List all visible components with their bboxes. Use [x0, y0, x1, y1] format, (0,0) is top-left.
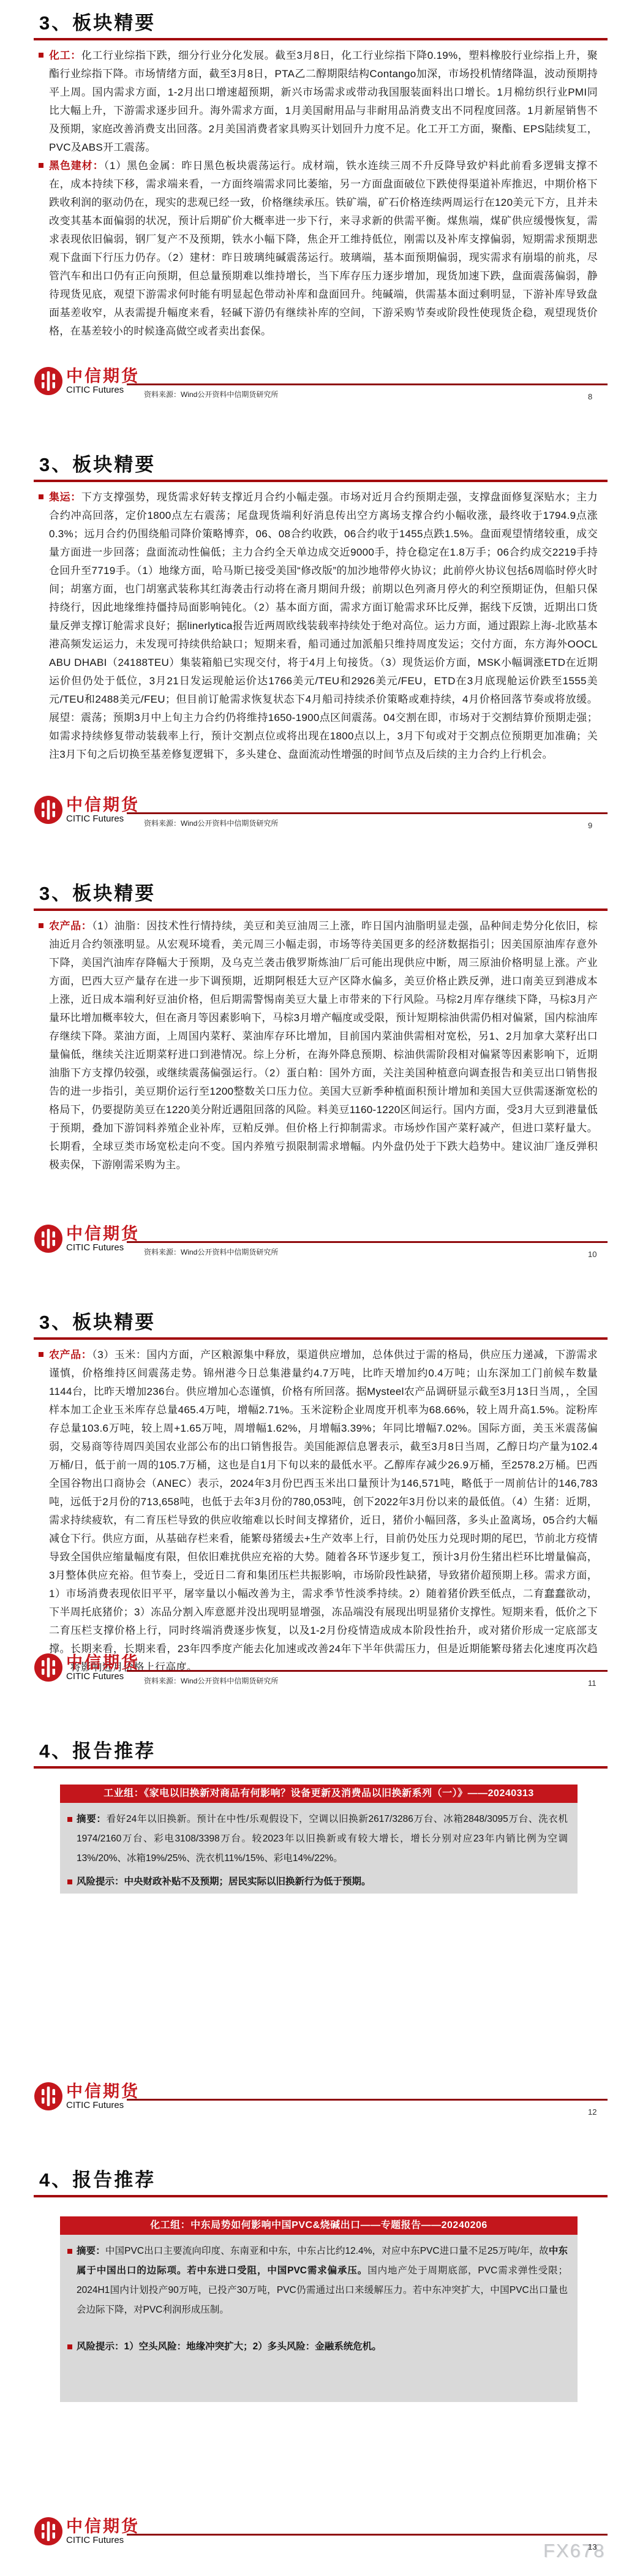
footer-source: 资料来源：Wind公开资料中信期货研究所: [144, 1247, 278, 1257]
bullet-square-icon: [67, 2344, 72, 2349]
bullet-text: （1）黑色金属：昨日黑色板块震荡运行。成材端，铁水连续三周不升反降导致炉料此前看…: [49, 160, 598, 337]
report-document: { "logo": { "cn": "中信期货", "en": "CITIC F…: [0, 0, 621, 2576]
report-summary: 摘要：看好24年以旧换新。预计在中性/乐观假设下，空调以旧换新2617/3286…: [77, 1810, 568, 1868]
bullet-square-icon: [67, 2249, 72, 2254]
logo-en: CITIC Futures: [66, 1242, 124, 1253]
logo-en: CITIC Futures: [66, 385, 124, 395]
footer-source: 资料来源：Wind公开资料中信期货研究所: [144, 389, 278, 399]
page-number: 9: [588, 821, 592, 830]
page-footer: 中信期货 CITIC Futures 12: [34, 2082, 608, 2121]
page-title: 4、报告推荐: [39, 2164, 156, 2192]
logo-en: CITIC Futures: [66, 814, 124, 824]
footer-source: 资料来源：Wind公开资料中信期货研究所: [144, 818, 278, 828]
bullet-square-icon: [39, 53, 43, 58]
citic-logo-icon: [34, 2082, 63, 2111]
bullet-label: 农产品：: [49, 1349, 92, 1361]
logo-en: CITIC Futures: [66, 2535, 124, 2545]
page-title: 4、报告推荐: [39, 1736, 156, 1763]
report-risk: 风险提示：中央财政补贴不及预期；居民实际以旧换新行为低于预期。: [77, 1872, 568, 1892]
title-rule: [34, 1337, 608, 1340]
bullet-label: 农产品：: [49, 920, 92, 932]
citic-logo-icon: [34, 366, 63, 396]
footer-rule: [127, 2534, 608, 2536]
bullet-paragraph-chemicals: 化工：化工行业综指下跌，细分行业分化发展。截至3月8日，化工行业综指下降0.19…: [49, 47, 598, 157]
report-banner: 化工组：中东局势如何影响中国PVC&烧碱出口——专题报告——20240206: [60, 2216, 578, 2235]
page-title: 3、板块精要: [39, 449, 156, 477]
report-banner: 工业组：《家电以旧换新对商品有何影响？设备更新及消费品以旧换新系列（一）》——2…: [60, 1785, 578, 1803]
report-risk: 风险提示：1）空头风险：地缘冲突扩大；2）多头风险：金融系统危机。: [77, 2337, 568, 2357]
logo-en: CITIC Futures: [66, 2100, 124, 2110]
bullet-label: 集运：: [49, 491, 81, 503]
title-rule: [34, 2195, 608, 2197]
page-footer: 中信期货 CITIC Futures 资料来源：Wind公开资料中信期货研究所 …: [34, 1224, 608, 1263]
risk-text: 风险提示：1）空头风险：地缘冲突扩大；2）多头风险：金融系统危机。: [77, 2341, 382, 2352]
bullet-square-icon: [39, 494, 43, 499]
bullet-paragraph-agri-oils: 农产品：（1）油脂：因技术性行情持续，美豆和美豆油周三上涨，昨日国内油脂明显走强…: [49, 917, 598, 1174]
bullet-square-icon: [39, 923, 43, 928]
page-title: 3、板块精要: [39, 1307, 156, 1334]
page-title: 3、板块精要: [39, 7, 156, 35]
page-footer: 中信期货 CITIC Futures FX678 13: [34, 2517, 608, 2556]
page-number: 12: [588, 2107, 597, 2117]
page-number: 13: [588, 2542, 597, 2551]
bullet-label: 黑色建材：: [49, 160, 103, 172]
footer-rule: [127, 1670, 608, 1672]
bullet-square-icon: [39, 163, 43, 168]
summary-text-pre: 中国PVC出口主要流向印度、东南亚和中东，中东占比约12.4%，对应中东PVC进…: [105, 2246, 549, 2256]
citic-logo-icon: [34, 2517, 63, 2546]
page-footer: 中信期货 CITIC Futures 资料来源：Wind公开资料中信期货研究所 …: [34, 795, 608, 834]
bullet-text: 化工行业综指下跌，细分行业分化发展。截至3月8日，化工行业综指下降0.19%，塑…: [49, 50, 598, 153]
title-rule: [34, 38, 608, 40]
bullet-text: 下方支撑强势，现货需求好转支撑近月合约小幅走强。市场对近月合约预期走强，支撑盘面…: [49, 491, 598, 760]
citic-logo-icon: [34, 795, 63, 825]
section-body: 农产品：（3）玉米：国内方面，产区粮源集中释放，渠道供应增加，总体供过于需的格局…: [49, 1346, 598, 1677]
title-rule: [34, 480, 608, 482]
footer-rule: [127, 812, 608, 814]
bullet-square-icon: [39, 1352, 43, 1357]
page-footer: 中信期货 CITIC Futures 资料来源：Wind公开资料中信期货研究所 …: [34, 1653, 608, 1692]
report-summary: 摘要：中国PVC出口主要流向印度、东南亚和中东，中东占比约12.4%，对应中东P…: [77, 2242, 568, 2320]
bullet-square-icon: [67, 1879, 72, 1884]
citic-logo-icon: [34, 1653, 63, 1682]
risk-text: 风险提示：中央财政补贴不及预期；居民实际以旧换新行为低于预期。: [77, 1876, 371, 1887]
summary-text: 看好24年以旧换新。预计在中性/乐观假设下，空调以旧换新2617/3286万台、…: [77, 1814, 568, 1864]
title-rule: [34, 908, 608, 911]
citic-logo-icon: [34, 1224, 63, 1253]
section-body: 集运：下方支撑强势，现货需求好转支撑近月合约小幅走强。市场对近月合约预期走强，支…: [49, 488, 598, 764]
page-number: 11: [588, 1679, 597, 1688]
page-title: 3、板块精要: [39, 878, 156, 905]
report-card-industry: 工业组：《家电以旧换新对商品有何影响？设备更新及消费品以旧换新系列（一）》——2…: [60, 1785, 578, 1894]
bullet-label: 化工：: [49, 50, 81, 61]
bullet-paragraph-agri-corn-hogs: 农产品：（3）玉米：国内方面，产区粮源集中释放，渠道供应增加，总体供过于需的格局…: [49, 1346, 598, 1677]
bullet-text: （3）玉米：国内方面，产区粮源集中释放，渠道供应增加，总体供过于需的格局，供应压…: [49, 1349, 598, 1673]
footer-rule: [127, 1241, 608, 1243]
report-card-chemicals: 化工组：中东局势如何影响中国PVC&烧碱出口——专题报告——20240206 摘…: [60, 2216, 578, 2402]
footer-source: 资料来源：Wind公开资料中信期货研究所: [144, 1675, 278, 1686]
footer-rule: [127, 2099, 608, 2101]
section-body: 农产品：（1）油脂：因技术性行情持续，美豆和美豆油周三上涨，昨日国内油脂明显走强…: [49, 917, 598, 1174]
page-footer: 中信期货 CITIC Futures 资料来源：Wind公开资料中信期货研究所 …: [34, 366, 608, 406]
title-rule: [34, 1766, 608, 1769]
bullet-text: （1）油脂：因技术性行情持续，美豆和美豆油周三上涨，昨日国内油脂明显走强，品种间…: [49, 920, 598, 1171]
bullet-paragraph-ferrous: 黑色建材：（1）黑色金属：昨日黑色板块震荡运行。成材端，铁水连续三周不升反降导致…: [49, 157, 598, 341]
page-number: 8: [588, 392, 592, 401]
footer-rule: [127, 383, 608, 385]
page-number: 10: [588, 1250, 597, 1259]
bullet-square-icon: [67, 1817, 72, 1822]
summary-label: 摘要：: [77, 2246, 105, 2256]
bullet-paragraph-shipping: 集运：下方支撑强势，现货需求好转支撑近月合约小幅走强。市场对近月合约预期走强，支…: [49, 488, 598, 764]
summary-label: 摘要：: [77, 1814, 107, 1824]
logo-en: CITIC Futures: [66, 1671, 124, 1682]
section-body: 化工：化工行业综指下跌，细分行业分化发展。截至3月8日，化工行业综指下降0.19…: [49, 47, 598, 341]
